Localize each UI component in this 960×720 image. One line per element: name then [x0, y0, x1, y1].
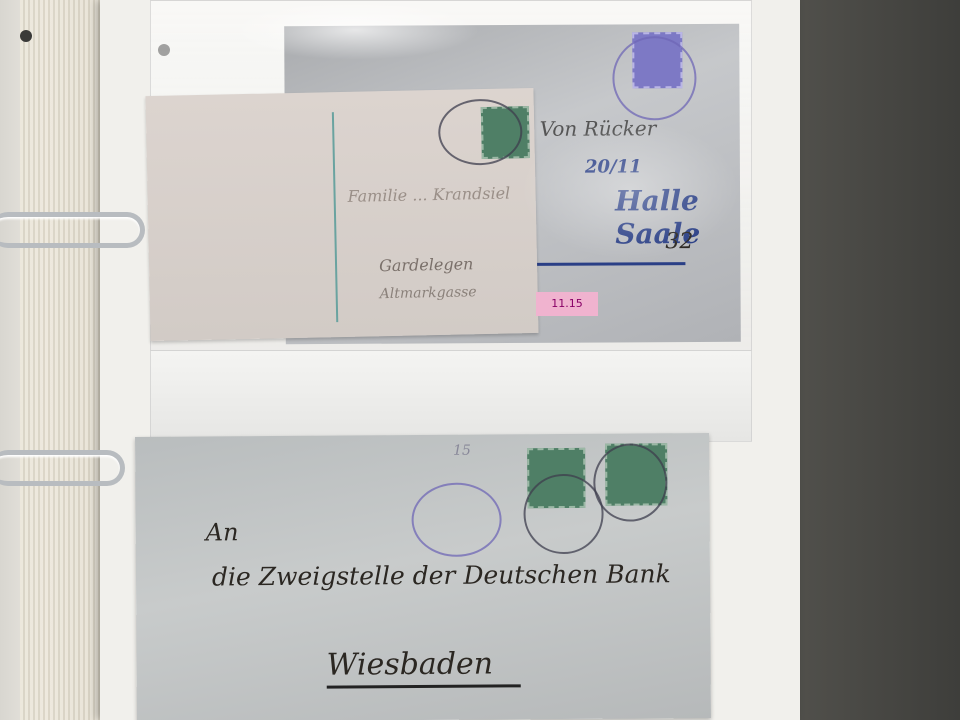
punch-hole [20, 30, 32, 42]
address-line: Familie ... Krandsiel [347, 183, 510, 205]
sleeve-glare [230, 0, 480, 60]
album-page-edges [20, 0, 110, 720]
sleeve-divider-strip [150, 350, 752, 442]
address-line: Gardelegen [379, 254, 474, 275]
binder-ring [0, 212, 145, 248]
postmark [523, 474, 604, 555]
underline [327, 684, 521, 688]
address-line: An [206, 518, 239, 546]
address-line: Wiesbaden [326, 647, 493, 683]
postmark-violet [411, 482, 502, 557]
postmark [593, 443, 668, 522]
strike-line [535, 262, 685, 266]
postmark [612, 36, 696, 120]
binder-ring [0, 450, 125, 486]
price-label: 11.15 [536, 292, 598, 316]
sleeve-glare [520, 120, 740, 260]
envelope: 15 An die Zweigstelle der Deutschen Bank… [135, 433, 711, 720]
address-line: die Zweigstelle der Deutschen Bank [212, 559, 671, 591]
pencil-mark: 15 [453, 443, 471, 459]
postcard: Familie ... Krandsiel Gardelegen Altmark… [145, 88, 538, 341]
postcard-divider [332, 112, 338, 322]
address-line: Altmarkgasse [380, 284, 477, 302]
